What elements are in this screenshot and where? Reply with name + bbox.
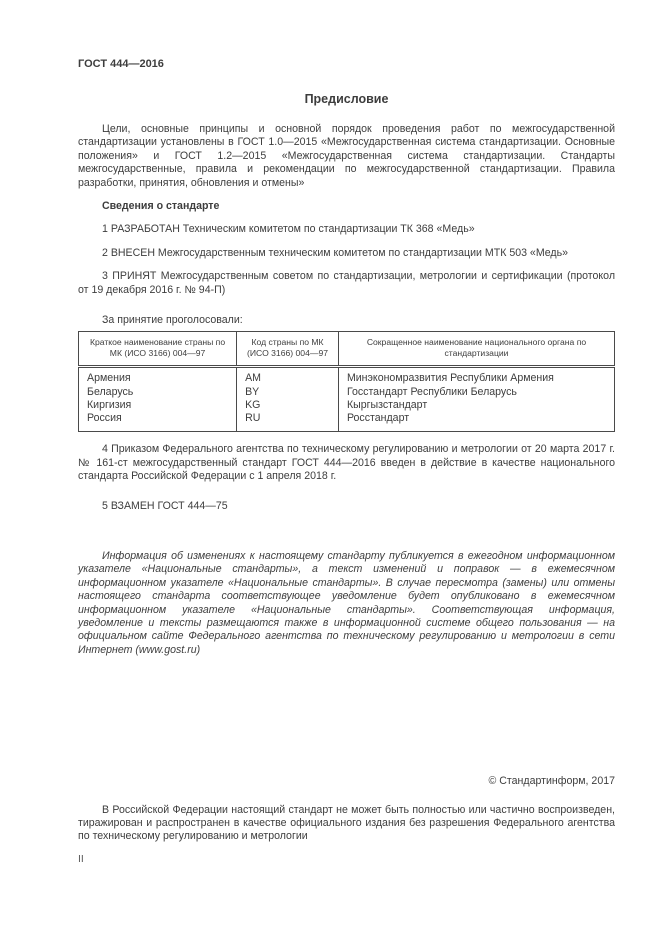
cell-body: Госстандарт Республики Беларусь — [338, 386, 614, 399]
copyright-line: © Стандартинформ, 2017 — [78, 775, 615, 788]
page-number: II — [78, 853, 615, 866]
page-title: Предисловие — [78, 92, 615, 107]
amendments-notice: Информация об изменениях к настоящему ст… — [78, 550, 615, 657]
table-row: Беларусь BY Госстандарт Республики Белар… — [79, 386, 615, 399]
cell-country: Беларусь — [79, 386, 237, 399]
cell-body: Кыргызстандарт — [338, 399, 614, 412]
cell-country: Россия — [79, 412, 237, 432]
cell-body: Росстандарт — [338, 412, 614, 432]
cell-code: KG — [237, 399, 339, 412]
info-item-3: 3 ПРИНЯТ Межгосударственным советом по с… — [78, 270, 615, 297]
info-item-4: 4 Приказом Федерального агентства по тех… — [78, 443, 615, 483]
table-row: Армения AM Минэкономразвития Республики … — [79, 367, 615, 386]
vote-table-header: Краткое наименование страны по МК (ИСО 3… — [79, 332, 615, 367]
col-header-country: Краткое наименование страны по МК (ИСО 3… — [79, 332, 237, 367]
cell-code: AM — [237, 367, 339, 386]
vote-lead: За принятие проголосовали: — [78, 314, 615, 327]
document-page: ГОСТ 444—2016 Предисловие Цели, основные… — [0, 0, 661, 935]
standard-info-heading: Сведения о стандарте — [78, 200, 615, 213]
col-header-body: Сокращенное наименование национального о… — [338, 332, 614, 367]
cell-code: BY — [237, 386, 339, 399]
vote-table: Краткое наименование страны по МК (ИСО 3… — [78, 331, 615, 432]
intro-paragraph: Цели, основные принципы и основной поряд… — [78, 123, 615, 190]
doc-designation: ГОСТ 444—2016 — [78, 58, 615, 71]
col-header-code: Код страны по МК (ИСО 3166) 004—97 — [237, 332, 339, 367]
info-item-1: 1 РАЗРАБОТАН Техническим комитетом по ст… — [78, 223, 615, 236]
reproduction-restriction: В Российской Федерации настоящий стандар… — [78, 804, 615, 844]
info-item-5: 5 ВЗАМЕН ГОСТ 444—75 — [78, 500, 615, 513]
table-row: Киргизия KG Кыргызстандарт — [79, 399, 615, 412]
cell-body: Минэкономразвития Республики Армения — [338, 367, 614, 386]
cell-country: Киргизия — [79, 399, 237, 412]
table-row: Россия RU Росстандарт — [79, 412, 615, 432]
cell-country: Армения — [79, 367, 237, 386]
info-item-2: 2 ВНЕСЕН Межгосударственным техническим … — [78, 247, 615, 260]
cell-code: RU — [237, 412, 339, 432]
